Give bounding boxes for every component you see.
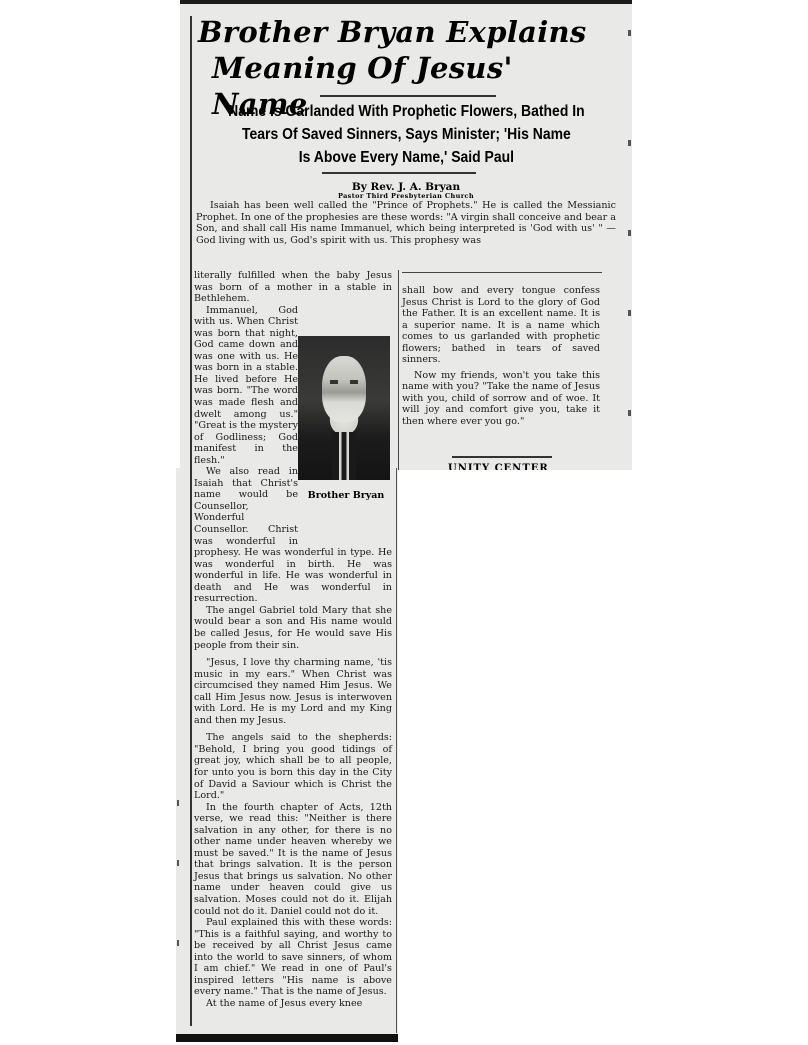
column-divider-lower <box>396 468 397 1033</box>
column-divider-upper <box>398 270 399 470</box>
paragraph: The angel Gabriel told Mary that she wou… <box>194 605 392 651</box>
scan-speck <box>177 860 179 866</box>
paragraph: literally fulfilled when the baby Jesus … <box>194 270 392 305</box>
paragraph: Now my friends, won't you take this name… <box>402 370 600 428</box>
scan-speck <box>628 30 631 36</box>
photo-caption: Brother Bryan <box>298 490 394 502</box>
byline-title: Pastor Third Presbyterian Church <box>196 192 616 200</box>
scan-speck <box>628 140 631 146</box>
headline-line-1: Brother Bryan Explains <box>196 14 616 50</box>
right-column: shall bow and every tongue confess Jesus… <box>402 285 600 428</box>
scan-speck <box>177 940 179 946</box>
paragraph: "Jesus, I love thy charming name, 'tis m… <box>194 657 392 726</box>
deck-line-3: Is Above Every Name,' Said Paul <box>194 146 619 169</box>
column-rule-left <box>190 16 192 1026</box>
paragraph: The angels said to the shepherds: "Behol… <box>194 732 392 801</box>
scan-speck <box>628 310 631 316</box>
scan-speck <box>628 230 631 236</box>
lead-text: Isaiah has been well called the "Prince … <box>196 200 616 246</box>
paragraph: At the name of Jesus every knee <box>194 998 392 1010</box>
paragraph: Paul explained this with these words: "T… <box>194 917 392 998</box>
paragraph: In the fourth chapter of Acts, 12th vers… <box>194 802 392 917</box>
headline-divider <box>320 95 496 97</box>
article-end-rule <box>452 456 552 458</box>
deck-line-1: Name Is Garlanded With Prophetic Flowers… <box>194 100 619 123</box>
portrait-face <box>322 356 366 422</box>
deck-divider <box>322 172 476 174</box>
portrait-eyes <box>330 380 358 384</box>
bottom-rule <box>176 1034 398 1042</box>
scan-speck <box>177 800 179 806</box>
scan-speck <box>628 410 631 416</box>
deck-line-2: Tears Of Saved Sinners, Says Minister; '… <box>194 123 619 146</box>
next-article-heading: UNITY CENTER <box>448 462 568 470</box>
subheadline: Name Is Garlanded With Prophetic Flowers… <box>194 100 619 169</box>
paragraph-text: Immanuel, God with us. When Christ was b… <box>194 305 298 466</box>
top-rule <box>180 0 632 4</box>
paragraph: shall bow and every tongue confess Jesus… <box>402 285 600 366</box>
right-column-top-rule <box>402 272 602 273</box>
lead-paragraph: Isaiah has been well called the "Prince … <box>196 200 616 246</box>
portrait-collar <box>332 432 356 480</box>
portrait-photo <box>298 336 390 480</box>
